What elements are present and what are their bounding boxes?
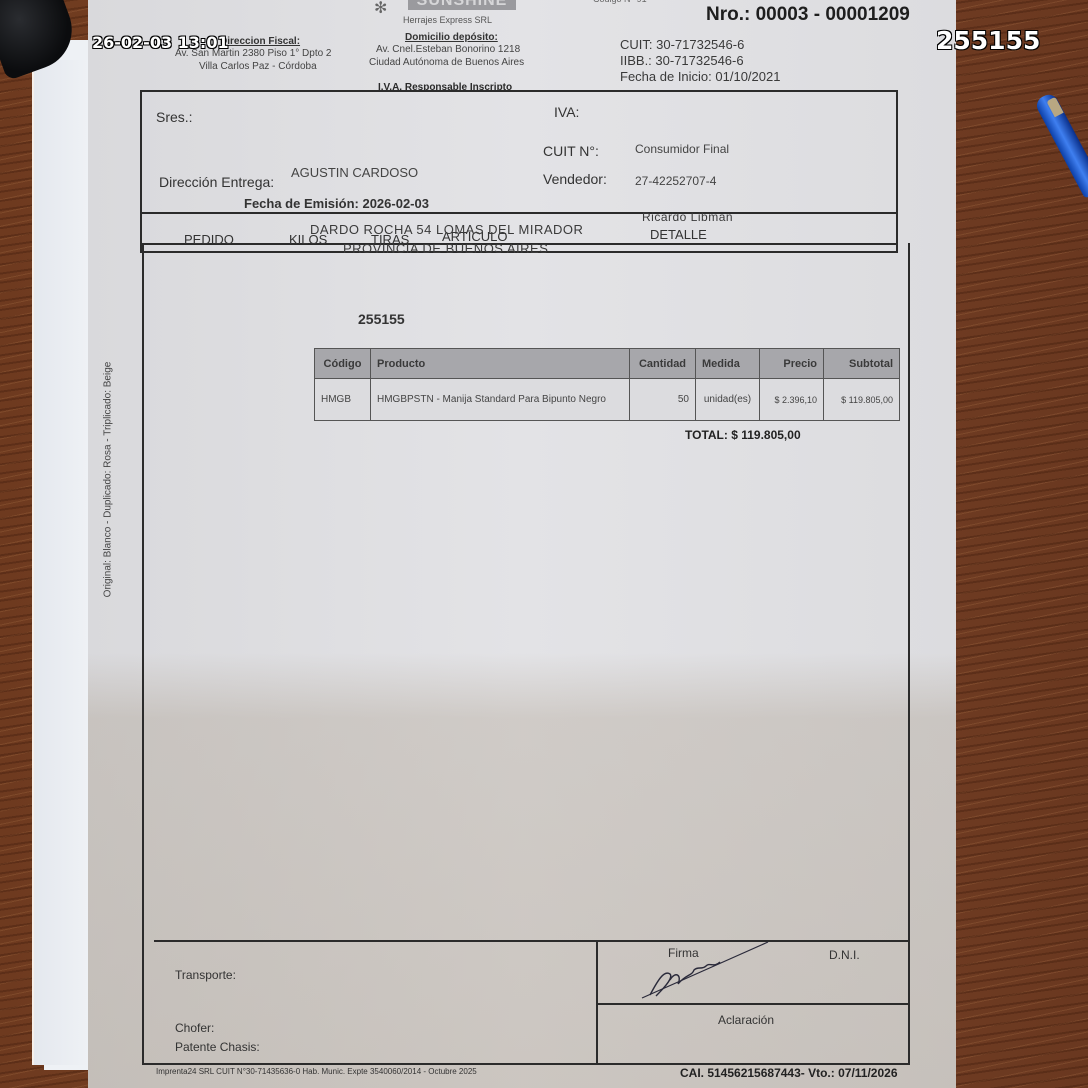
total-amount: TOTAL: $ 119.805,00 [685,428,801,442]
handwritten-signature [640,940,770,1000]
seller-value: 27-42252707-4 [635,174,716,188]
company-name: Herrajes Express SRL [403,15,492,25]
deposit-address-line1: Av. Cnel.Esteban Bonorino 1218 [376,44,520,55]
cell-precio: $ 2.396,10 [760,379,824,421]
deposit-address-label: Domicilio depósito: [405,32,498,43]
timestamp-overlay: 26-02-03 13:01 [92,33,229,52]
cuit-label: CUIT N°: [543,143,599,159]
company-cuit: CUIT: 30-71732546-6 [620,37,780,53]
printer-info: Imprenta24 SRL CUIT N°30-71435636-0 Hab.… [156,1067,477,1076]
document-number: Nro.: 00003 - 00001209 [706,4,910,26]
col-detalle: DETALLE [650,227,707,242]
overprint-address-line1: DARDO ROCHA 54 LOMAS DEL MIRADOR [310,222,583,237]
chassis-plate-label: Patente Chasis: [175,1040,260,1054]
issue-date: Fecha de Emisión: 2026-02-03 [244,196,429,211]
cai-number: CAI. 51456215687443- Vto.: 07/11/2026 [680,1066,898,1080]
cell-subtotal: $ 119.805,00 [824,379,900,421]
company-tax-info: CUIT: 30-71732546-6 IIBB.: 30-71732546-6… [620,37,780,85]
delivery-address-value: AGUSTIN CARDOSO [291,165,418,180]
reference-number: 255155 [358,311,405,327]
codigo: Código N° 91 [593,0,647,4]
delivery-note-paper: ✻ SUNSHINE Herrajes Express SRL Código N… [88,0,956,1088]
divider [142,212,898,214]
divider [598,1003,910,1005]
sres-label: Sres.: [156,109,193,125]
start-date: Fecha de Inicio: 01/10/2021 [620,69,780,85]
table-row: HMGB HMGBPSTN - Manija Standard Para Bip… [315,379,900,421]
company-iibb: IIBB.: 30-71732546-6 [620,53,780,69]
delivery-address-label: Dirección Entrega: [159,174,274,190]
transport-label: Transporte: [175,968,236,982]
divider [154,940,910,942]
clarification-label: Aclaración [718,1013,774,1027]
th-subtotal: Subtotal [824,349,900,379]
cell-producto: HMGBPSTN - Manija Standard Para Bipunto … [371,379,630,421]
th-cantidad: Cantidad [630,349,696,379]
deposit-address-line2: Ciudad Autónoma de Buenos Aires [369,57,524,68]
cell-medida: unidad(es) [696,379,760,421]
overprint-seller-name: Ricardo Libman [642,210,733,224]
th-codigo: Código [315,349,371,379]
logo-icon: ✻ [374,0,387,18]
fiscal-address-label: Direccion Fiscal: [220,36,300,47]
reference-overlay: 255155 [936,26,1040,55]
th-precio: Precio [760,349,824,379]
company-logo: SUNSHINE [408,0,516,10]
iva-label: IVA: [554,104,579,120]
th-producto: Producto [371,349,630,379]
th-medida: Medida [696,349,760,379]
copy-color-note: Original: Blanco - Duplicado: Rosa - Tri… [102,362,113,598]
cell-cantidad: 50 [630,379,696,421]
seller-label: Vendedor: [543,171,607,187]
cell-codigo: HMGB [315,379,371,421]
items-table: Código Producto Cantidad Medida Precio S… [314,348,900,421]
table-header-row: Código Producto Cantidad Medida Precio S… [315,349,900,379]
driver-label: Chofer: [175,1021,214,1035]
fiscal-address-line2: Villa Carlos Paz - Córdoba [199,61,317,72]
dni-label: D.N.I. [829,948,860,962]
cuit-value: Consumidor Final [635,142,729,156]
